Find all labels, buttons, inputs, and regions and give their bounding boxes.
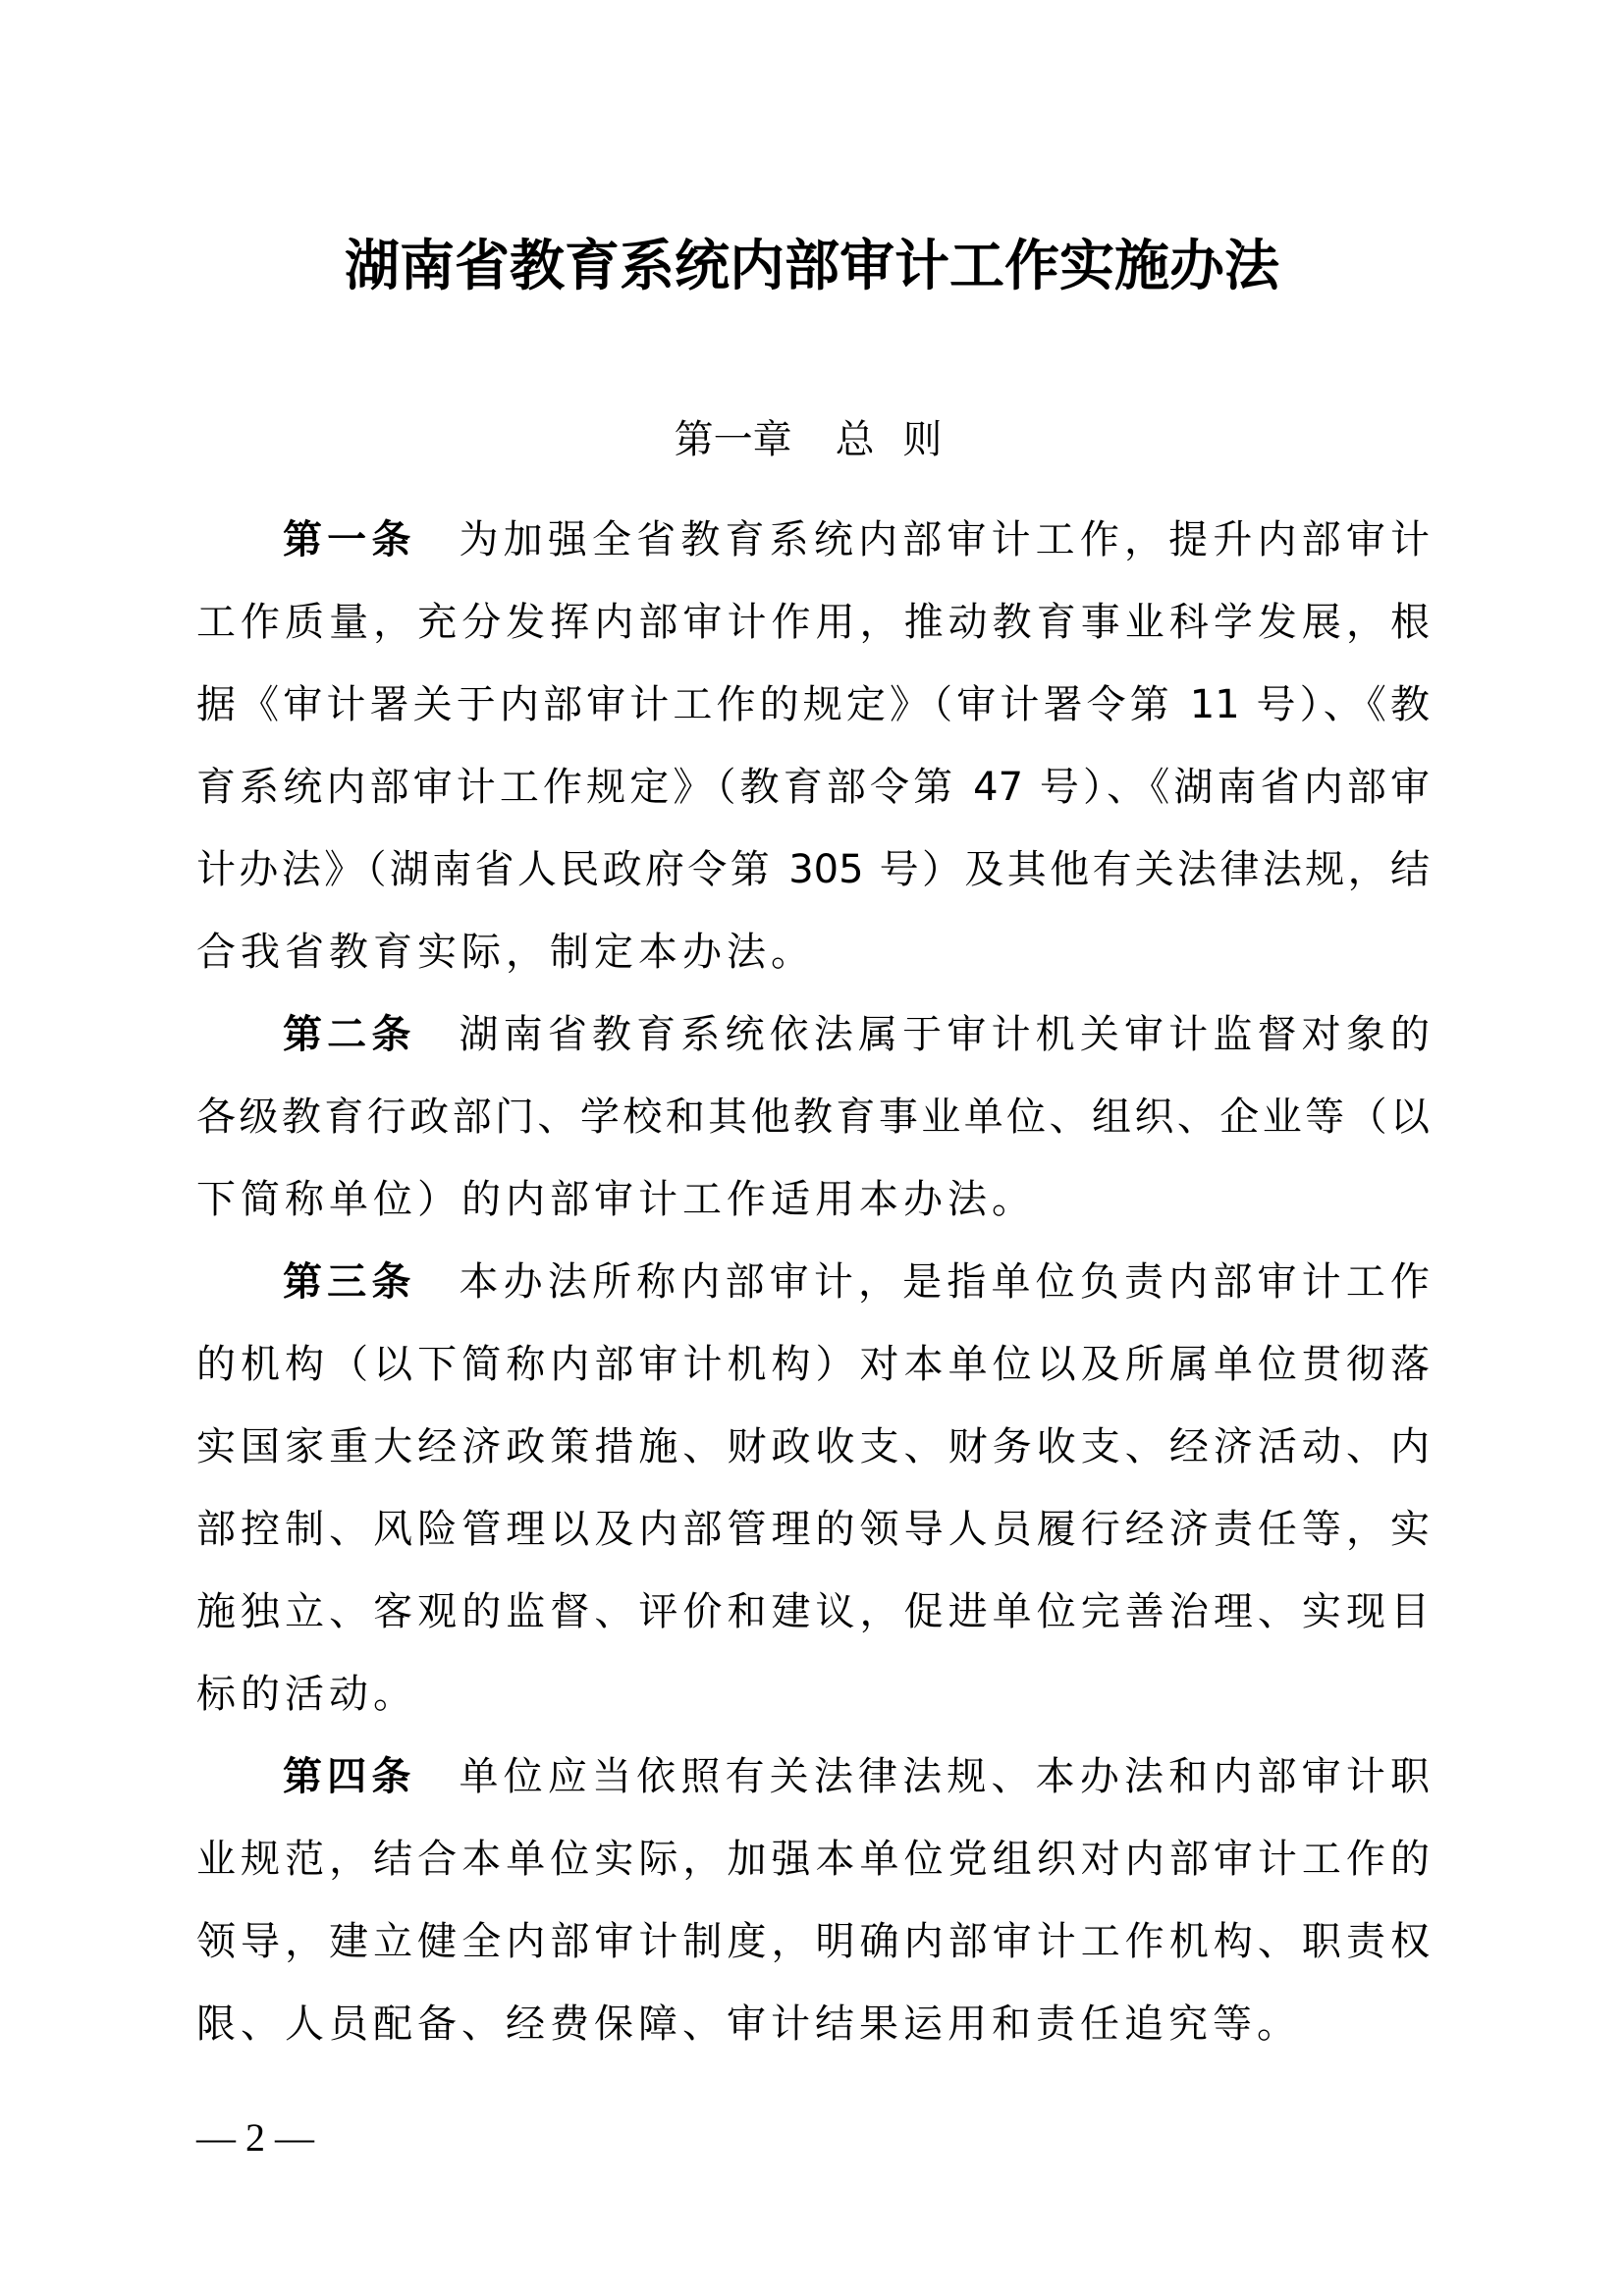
- paragraph-line: 合我省教育实际，制定本办法。: [196, 911, 1430, 993]
- paragraph-line: 各级教育行政部门、学校和其他教育事业单位、组织、企业等（以: [196, 1076, 1430, 1158]
- article-1: 第一条为加强全省教育系统内部审计工作，提升内部审计 工作质量，充分发挥内部审计作…: [196, 499, 1430, 993]
- chapter-heading: 第一章总 则: [0, 412, 1624, 467]
- page-number: — 2 —: [196, 2110, 314, 2165]
- document-body: 第一条为加强全省教育系统内部审计工作，提升内部审计 工作质量，充分发挥内部审计作…: [196, 499, 1430, 2065]
- paragraph-line: 业规范，结合本单位实际，加强本单位党组织对内部审计工作的: [196, 1818, 1430, 1900]
- article-label: 第三条: [283, 1259, 416, 1305]
- article-2: 第二条湖南省教育系统依法属于审计机关审计监督对象的 各级教育行政部门、学校和其他…: [196, 993, 1430, 1241]
- document-title: 湖南省教育系统内部审计工作实施办法: [0, 232, 1624, 300]
- paragraph-line: 实国家重大经济政策措施、财政收支、财务收支、经济活动、内: [196, 1406, 1430, 1488]
- paragraph-line: 第四条单位应当依照有关法律法规、本办法和内部审计职: [196, 1735, 1430, 1818]
- paragraph-line: 施独立、客观的监督、评价和建议，促进单位完善治理、实现目: [196, 1571, 1430, 1653]
- article-label: 第一条: [283, 517, 416, 562]
- paragraph-line: 下简称单位）的内部审计工作适用本办法。: [196, 1158, 1430, 1241]
- article-label: 第二条: [283, 1012, 416, 1057]
- article-4: 第四条单位应当依照有关法律法规、本办法和内部审计职 业规范，结合本单位实际，加强…: [196, 1735, 1430, 2065]
- chapter-number: 第一章: [675, 417, 792, 462]
- document-page: 湖南省教育系统内部审计工作实施办法 第一章总 则 第一条为加强全省教育系统内部审…: [0, 0, 1624, 2296]
- paragraph-line: 的机构（以下简称内部审计机构）对本单位以及所属单位贯彻落: [196, 1323, 1430, 1406]
- paragraph-line: 工作质量，充分发挥内部审计作用，推动教育事业科学发展，根: [196, 581, 1430, 664]
- paragraph-line: 领导，建立健全内部审计制度，明确内部审计工作机构、职责权: [196, 1900, 1430, 1983]
- paragraph-line: 育系统内部审计工作规定》（教育部令第 47 号）、《湖南省内部审: [196, 746, 1430, 828]
- paragraph-line: 标的活动。: [196, 1653, 1430, 1735]
- paragraph-line: 据《审计署关于内部审计工作的规定》（审计署令第 11 号）、《教: [196, 664, 1430, 746]
- article-label: 第四条: [283, 1754, 416, 1799]
- paragraph-line: 限、人员配备、经费保障、审计结果运用和责任追究等。: [196, 1983, 1430, 2065]
- article-3: 第三条本办法所称内部审计，是指单位负责内部审计工作 的机构（以下简称内部审计机构…: [196, 1241, 1430, 1735]
- paragraph-line: 计办法》（湖南省人民政府令第 305 号）及其他有关法律法规，结: [196, 828, 1430, 911]
- paragraph-line: 第三条本办法所称内部审计，是指单位负责内部审计工作: [196, 1241, 1430, 1323]
- chapter-name: 总 则: [836, 417, 950, 462]
- paragraph-line: 部控制、风险管理以及内部管理的领导人员履行经济责任等，实: [196, 1488, 1430, 1571]
- paragraph-line: 第一条为加强全省教育系统内部审计工作，提升内部审计: [196, 499, 1430, 581]
- paragraph-line: 第二条湖南省教育系统依法属于审计机关审计监督对象的: [196, 993, 1430, 1076]
